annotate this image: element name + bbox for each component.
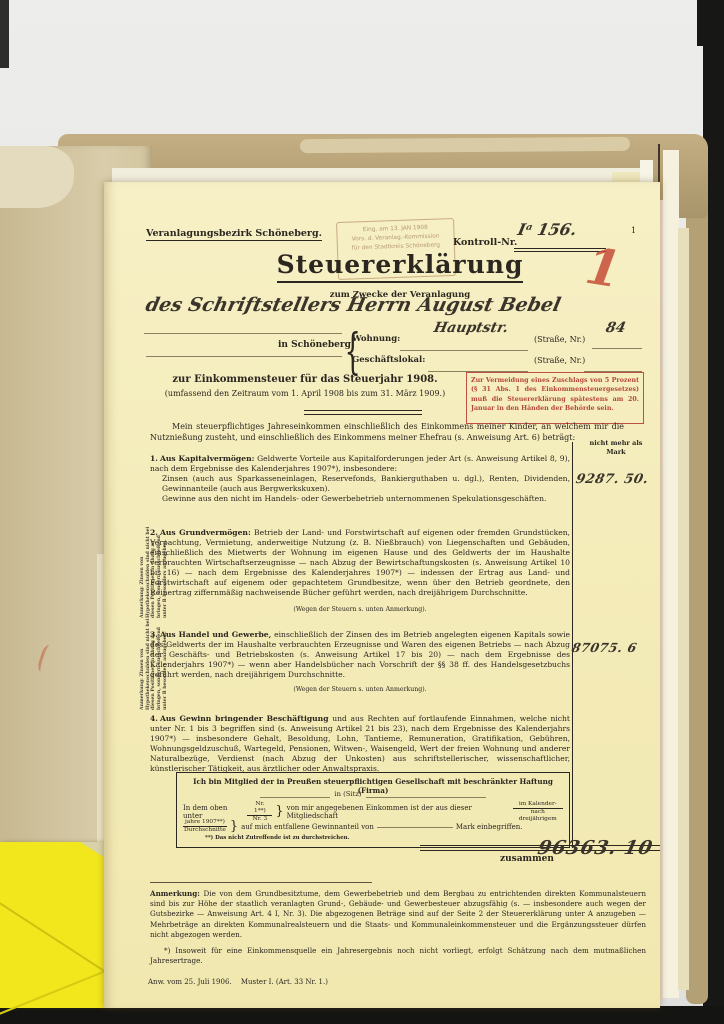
district-label: Veranlagungsbezirk Schöneberg. [146, 228, 322, 241]
footer-remark: Anmerkung: Die von dem Grundbesitztume, … [150, 889, 646, 940]
item-1-detail: Gewinne aus den nicht im Handels- oder G… [162, 494, 570, 504]
folder-cover-right-edge [686, 142, 708, 1004]
folder-tear-highlight [300, 137, 630, 153]
form-reference: Anw. vom 25. Juli 1906. Muster I. (Art. … [148, 978, 328, 986]
residence-street-handwritten: Hauptstr. [432, 320, 509, 336]
page-number: 1 [631, 226, 636, 235]
control-number-value: Iᵃ 156. [516, 220, 579, 239]
item-1-amount-handwritten: 9287. 50. [574, 472, 650, 487]
photo-edge-top-right [697, 0, 724, 46]
amount-column-header: nicht mehr als Mark [574, 439, 658, 457]
membership-line-4: jahre 1907**)Durchschnitte } auf mich en… [183, 819, 563, 834]
membership-footnote: **) Das nicht Zutreffende ist zu durchst… [205, 835, 349, 841]
item-3-tax-note: (Wegen der Steuern s. unten Anmerkung). [150, 686, 570, 693]
street-number-label: (Straße, Nr.) [534, 356, 585, 365]
business-premises-label: Geschäftslokal: [352, 355, 425, 365]
income-item-2: 2.Aus Grundvermögen: Betrieb der Land- u… [150, 528, 570, 598]
margin-note-rotated: Anmerkung: Zinsen von Hypothekenschulden… [140, 618, 162, 710]
footnote-separator [150, 882, 372, 883]
address-brace: { [345, 323, 361, 380]
membership-declaration-box: Ich bin Mitglied der in Preußen steuerpf… [176, 772, 570, 848]
sitz-label: in (Sitz) [334, 790, 361, 798]
item-1-detail: Zinsen (auch aus Sparkasseneinlagen, Res… [162, 474, 570, 494]
photo-edge-top-left [0, 0, 9, 68]
income-item-1: 1.Aus Kapitalvermögen: Geldwerte Vorteil… [150, 454, 570, 504]
form-title: Steuererklärung [200, 250, 600, 279]
place-baseline [146, 356, 342, 357]
item-3-amount-handwritten: 87075. 6 [570, 640, 638, 655]
item-2-tax-note: (Wegen der Steuern s. unten Anmerkung). [150, 606, 570, 613]
folder-torn-corner [0, 146, 74, 208]
residence-label: Wohnung: [352, 334, 400, 344]
control-number-label: Kontroll-Nr. [453, 237, 517, 248]
total-amount-handwritten: 96363. 10 [536, 837, 655, 859]
section-divider [304, 410, 422, 415]
page-stack-edge [678, 228, 689, 990]
yellow-envelope [0, 842, 118, 1008]
residence-baseline [400, 350, 528, 351]
house-number-baseline [592, 348, 642, 349]
margin-note-rotated: Anmerkung: Zinsen von Hypothekenschulden… [140, 526, 162, 618]
page-stack-edge [663, 150, 679, 998]
name-baseline [144, 333, 342, 334]
membership-line-2: in (Sitz) [177, 790, 569, 798]
declaration-intro: Mein steuerpflichtiges Jahreseinkommen e… [150, 422, 624, 444]
footer-footnote-star: *) Insoweit für eine Einkommensquelle ei… [150, 946, 646, 966]
income-item-3: 3.Aus Handel und Gewerbe, einschließlich… [150, 630, 570, 680]
place-label: in Schöneberg [278, 340, 351, 350]
deadline-warning-box: Zur Vermeidung eines Zuschlags von 5 Pro… [466, 372, 644, 424]
taxpayer-name-handwritten: des Schriftstellers Herrn August Bebel [144, 294, 563, 316]
photo-edge-bottom [0, 1006, 724, 1024]
scanned-archive-photo: Veranlagungsbezirk Schöneberg. Eing. am … [0, 0, 724, 1024]
house-number-handwritten: 84 [604, 320, 627, 336]
income-item-4: 4.Aus Gewinn bringender Beschäftigung un… [150, 714, 570, 774]
tax-period-line: (umfassend den Zeitraum vom 1. April 190… [104, 389, 506, 398]
tax-form-page: Veranlagungsbezirk Schöneberg. Eing. am … [104, 182, 660, 1008]
street-number-label: (Straße, Nr.) [534, 335, 585, 344]
tax-year-line: zur Einkommensteuer für das Steuerjahr 1… [124, 374, 486, 385]
